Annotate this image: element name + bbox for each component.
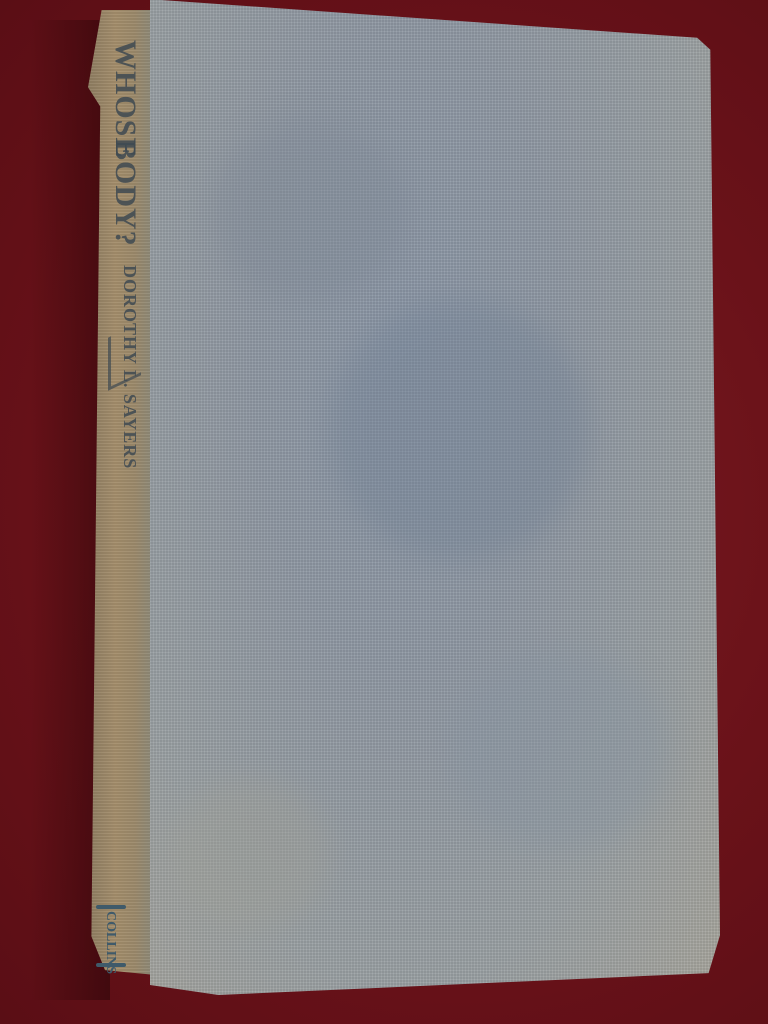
cover-stain xyxy=(170,780,330,930)
book: WHOSE BODY? DOROTHY L. SAYERS COLLINS xyxy=(0,0,768,1024)
cover-stain xyxy=(210,120,410,300)
publisher-band-top xyxy=(96,905,126,909)
spine-title-line2: BODY? xyxy=(108,140,142,247)
cover-stain xyxy=(330,300,590,560)
spine-publisher: COLLINS xyxy=(96,905,126,967)
book-front-cover xyxy=(150,0,720,995)
cover-stain xyxy=(450,650,670,850)
publisher-band-bottom xyxy=(96,963,126,967)
